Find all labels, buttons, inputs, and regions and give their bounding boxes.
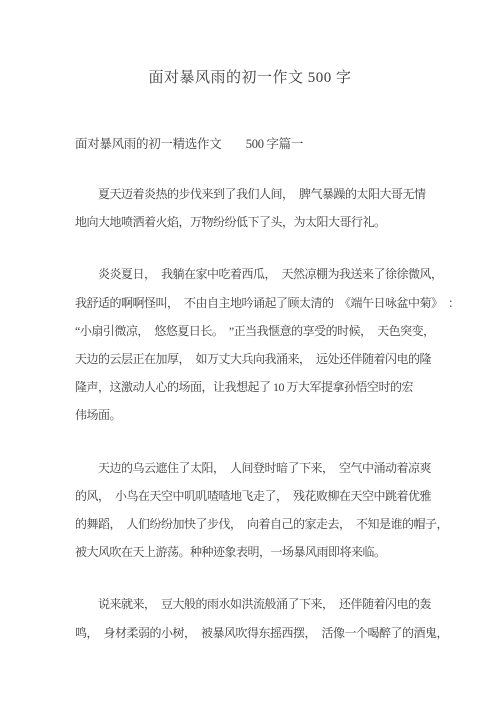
paragraph-2: 炎炎夏日， 我躺在家中吃着西瓜， 天然凉棚为我送来了徐徐微风， 我舒适的啊啊怪叫… [75,260,500,429]
text-line: 隆声，这激动人心的场面，让我想起了 10 万大军提拿孙悟空时的宏 [75,373,500,401]
text-line: 天边的乌云遮住了太阳， 人间登时暗了下来， 空气中涌动着凉爽 [75,454,500,482]
essay-document: 面对暴风雨的初一作文 500 字 面对暴风雨的初一精选作文 500 字篇一 夏天… [0,0,500,647]
essay-subtitle: 面对暴风雨的初一精选作文 500 字篇一 [0,132,500,156]
text-line: 天边的云层正在加厚， 如万丈大兵向我涌来， 远处还伴随着闪电的隆 [75,345,500,373]
document-page: 面对暴风雨的初一作文 500 字 面对暴风雨的初一精选作文 500 字篇一 夏天… [0,0,500,708]
text-line: 我舒适的啊啊怪叫， 不由自主地吟诵起了顾太清的 《端午日咏盆中菊》 ： [75,289,500,317]
text-line: 说来就来， 豆大般的雨水如洪流般涌了下来， 还伴随着闪电的轰 [75,590,500,618]
document-title: 面对暴风雨的初一作文 500 字 [0,66,500,90]
text-line: 的风， 小鸟在天空中叽叽喳喳地飞走了， 残花败柳在天空中跳着优雅 [75,482,500,510]
text-line: 被大风吹在天上游荡。种种迹象表明，一场暴风雨即将来临。 [75,538,500,566]
text-line: 炎炎夏日， 我躺在家中吃着西瓜， 天然凉棚为我送来了徐徐微风， [75,260,500,288]
text-line: 的舞蹈， 人们纷纷加快了步伐， 向着自己的家走去， 不知是谁的帽子， [75,510,500,538]
text-line: “小扇引微凉， 悠悠夏日长。 ”正当我惬意的享受的时候， 天色突变， [75,317,500,345]
text-line: 伟场面。 [75,401,500,429]
text-line: 地向大地喷洒着火焰，万物纷纷低下了头，为太阳大哥行礼。 [75,208,500,236]
essay-body: 夏天迈着炎热的步伐来到了我们人间， 脾气暴躁的太阳大哥无情 地向大地喷洒着火焰，… [0,180,500,647]
text-line: 夏天迈着炎热的步伐来到了我们人间， 脾气暴躁的太阳大哥无情 [75,180,500,208]
paragraph-4: 说来就来， 豆大般的雨水如洪流般涌了下来， 还伴随着闪电的轰 鸣， 身材柔弱的小… [75,590,500,646]
paragraph-3: 天边的乌云遮住了太阳， 人间登时暗了下来， 空气中涌动着凉爽 的风， 小鸟在天空… [75,454,500,567]
paragraph-1: 夏天迈着炎热的步伐来到了我们人间， 脾气暴躁的太阳大哥无情 地向大地喷洒着火焰，… [75,180,500,236]
text-line: 鸣， 身材柔弱的小树， 被暴风吹得东摇西摆， 活像一个喝醉了的酒鬼， [75,619,500,647]
